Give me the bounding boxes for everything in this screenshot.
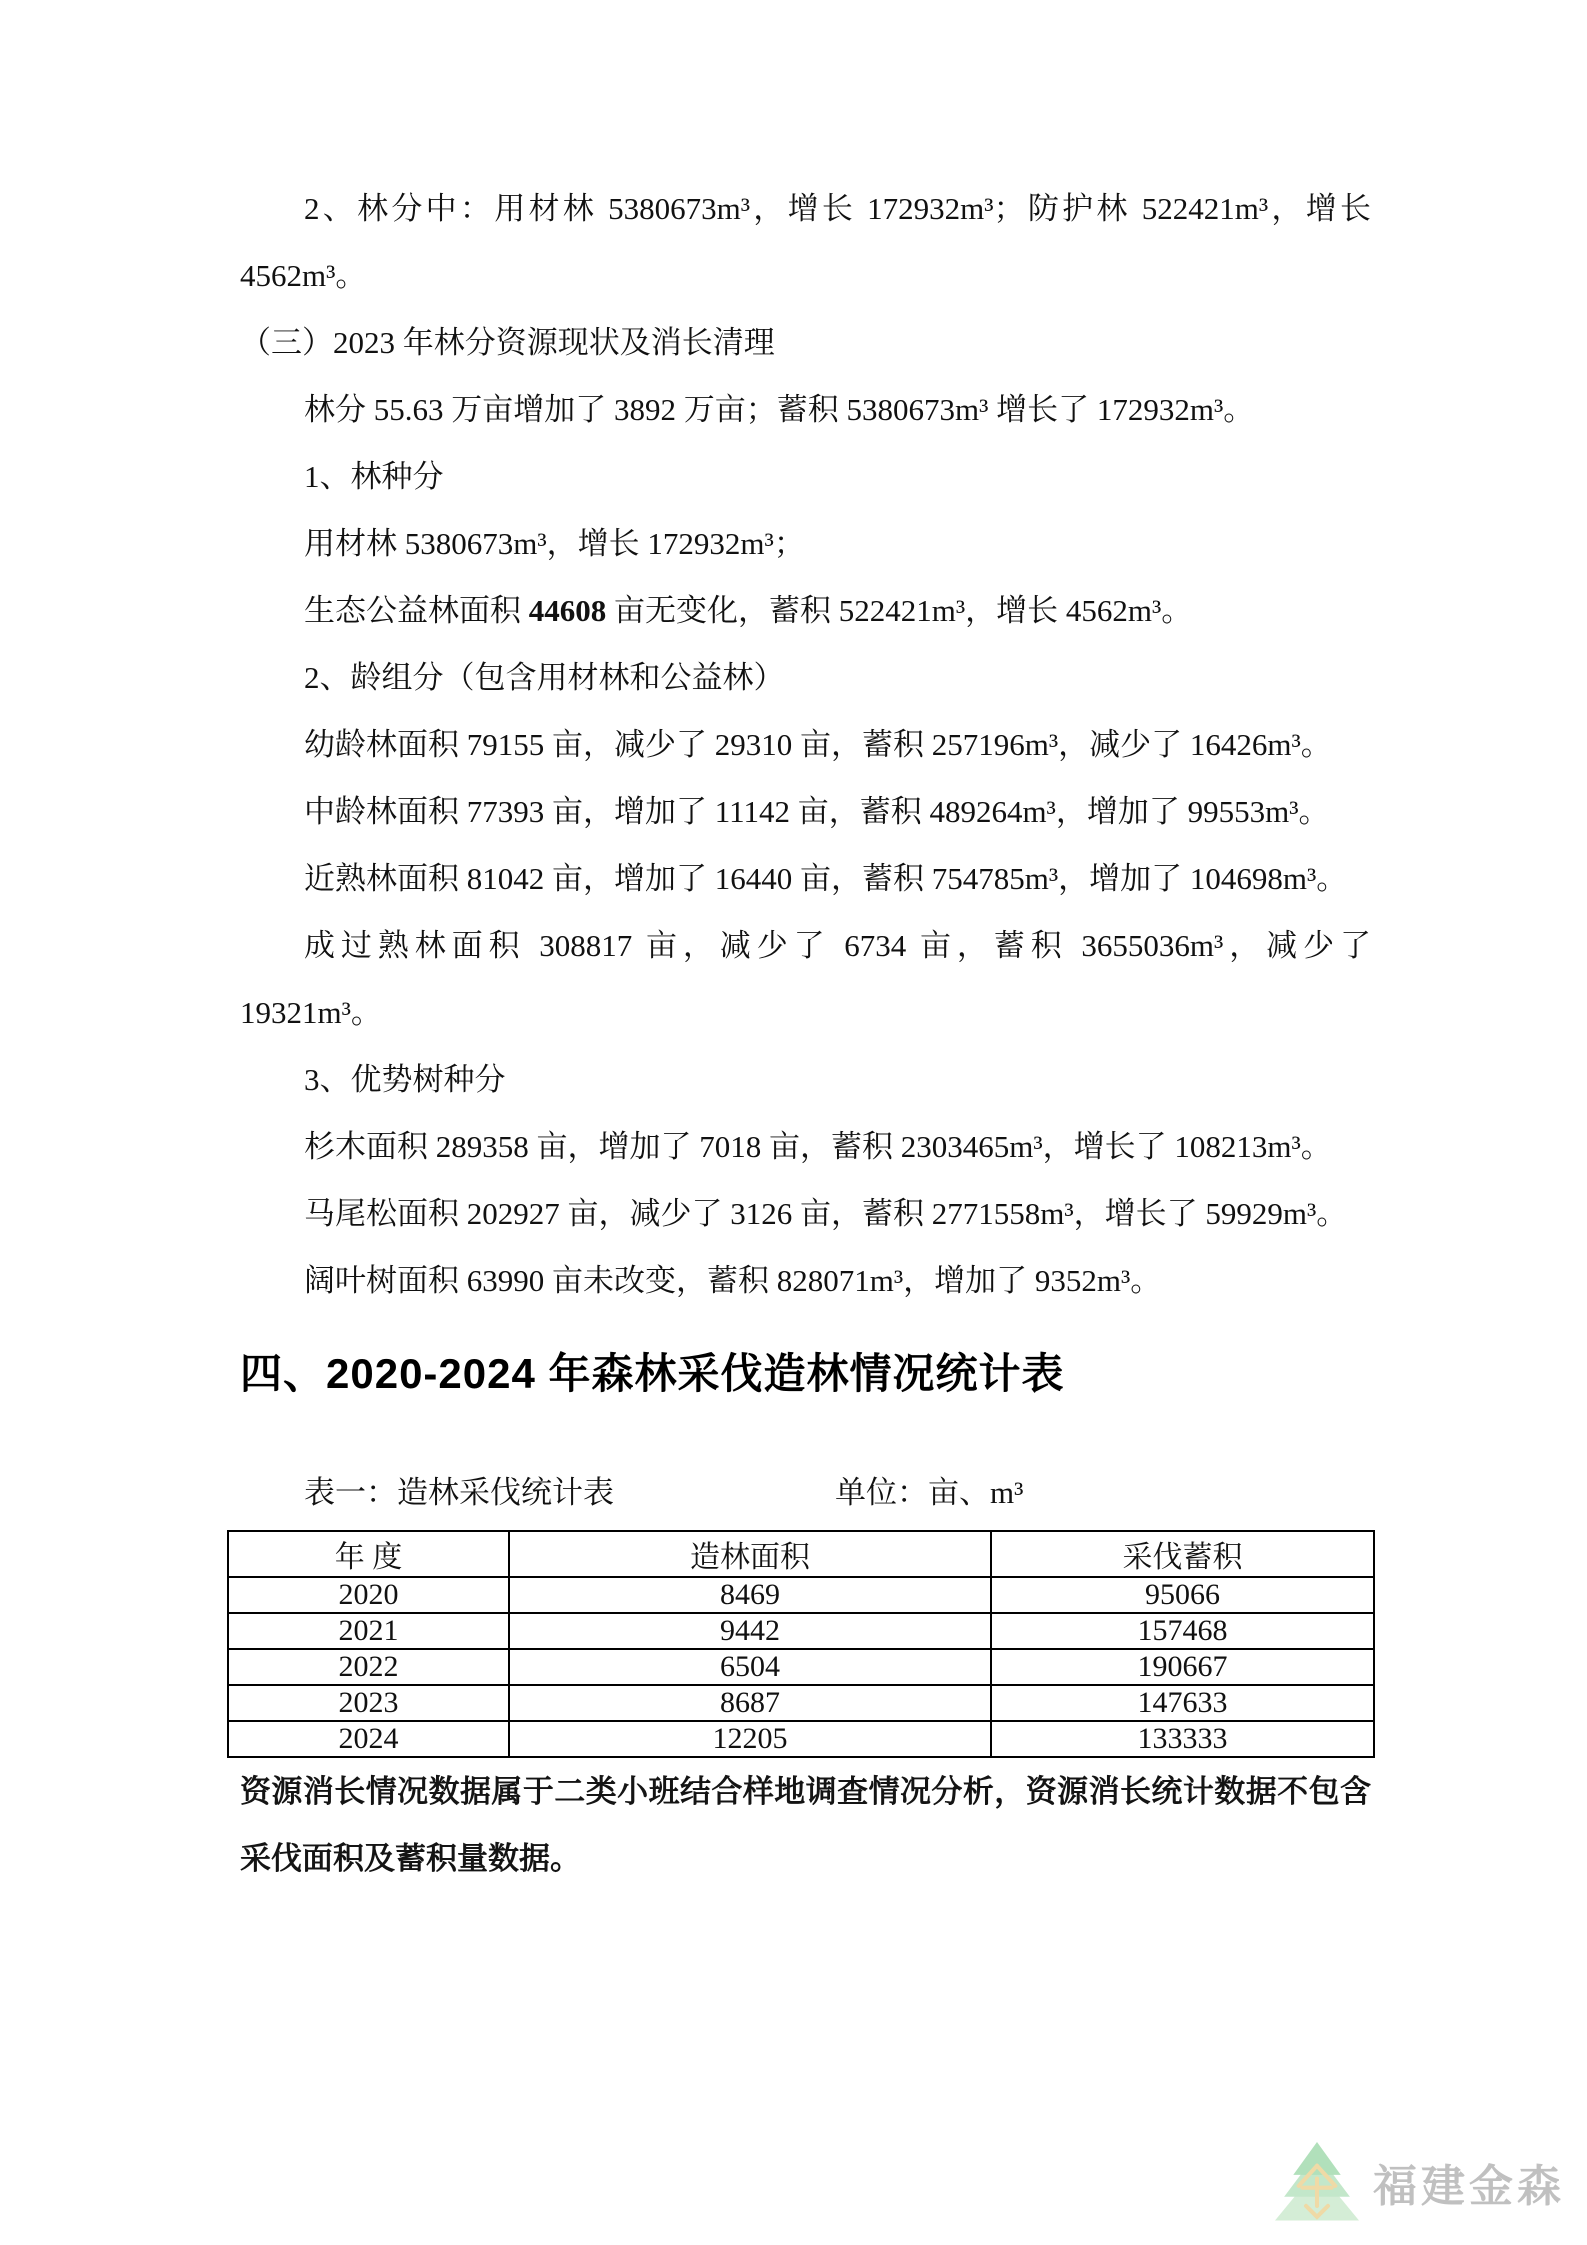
cell-area: 8687 (509, 1685, 991, 1721)
paragraph-chinese-fir: 杉木面积 289358 亩，增加了 7018 亩，蓄积 2303465m³，增长… (240, 1113, 1371, 1180)
paragraph-mature-forest: 成过熟林面积 308817 亩，减少了 6734 亩，蓄积 3655036m³，… (240, 912, 1371, 1046)
paragraph-timber-forest: 用材林 5380673m³，增长 172932m³； (240, 510, 1371, 577)
document-page: 2、林分中：用材林 5380673m³，增长 172932m³；防护林 5224… (0, 0, 1587, 2245)
gongyi-prefix: 生态公益林面积 (304, 593, 529, 628)
table-unit-label: 单位：亩、m³ (835, 1472, 1023, 1514)
table-row: 2023 8687 147633 (228, 1685, 1374, 1721)
cell-year: 2020 (228, 1577, 509, 1613)
subheading-forest-category: 1、林种分 (240, 443, 1371, 510)
footnote-data-source: 资源消长情况数据属于二类小班结合样地调查情况分析，资源消长统计数据不包含采伐面积… (240, 1758, 1371, 1892)
header-year: 年 度 (228, 1531, 509, 1577)
header-afforestation-area: 造林面积 (509, 1531, 991, 1577)
company-watermark: 福建金森 (1271, 2142, 1565, 2231)
cell-area: 8469 (509, 1577, 991, 1613)
cell-year: 2021 (228, 1613, 509, 1649)
table-row: 2021 9442 157468 (228, 1613, 1374, 1649)
cell-area: 9442 (509, 1613, 991, 1649)
cell-volume: 190667 (991, 1649, 1374, 1685)
document-content: 2、林分中：用材林 5380673m³，增长 172932m³；防护林 5224… (240, 175, 1371, 1892)
cell-volume: 95066 (991, 1577, 1374, 1613)
paragraph-public-welfare-forest: 生态公益林面积 44608 亩无变化，蓄积 522421m³，增长 4562m³… (240, 577, 1371, 644)
company-name-label: 福建金森 (1373, 2165, 1565, 2209)
afforestation-harvest-table: 年 度 造林面积 采伐蓄积 2020 8469 95066 2021 9442 … (227, 1530, 1375, 1758)
tree-logo-icon (1271, 2142, 1363, 2231)
paragraph-stand-summary: 林分 55.63 万亩增加了 3892 万亩；蓄积 5380673m³ 增长了 … (240, 376, 1371, 443)
table-header-row: 年 度 造林面积 采伐蓄积 (228, 1531, 1374, 1577)
paragraph-young-forest: 幼龄林面积 79155 亩，减少了 29310 亩，蓄积 257196m³，减少… (240, 711, 1371, 778)
paragraph-masson-pine: 马尾松面积 202927 亩，减少了 3126 亩，蓄积 2771558m³，增… (240, 1180, 1371, 1247)
cell-volume: 147633 (991, 1685, 1374, 1721)
table-row: 2020 8469 95066 (228, 1577, 1374, 1613)
paragraph-broadleaf: 阔叶树面积 63990 亩未改变，蓄积 828071m³，增加了 9352m³。 (240, 1247, 1371, 1314)
table-caption-row: 表一：造林采伐统计表 单位：亩、m³ (240, 1472, 1371, 1514)
cell-area: 6504 (509, 1649, 991, 1685)
paragraph-stand-timber: 2、林分中：用材林 5380673m³，增长 172932m³；防护林 5224… (240, 175, 1371, 309)
heading-section-four: 四、2020-2024 年森林采伐造林情况统计表 (240, 1342, 1371, 1406)
paragraph-middle-age-forest: 中龄林面积 77393 亩，增加了 11142 亩，蓄积 489264m³，增加… (240, 778, 1371, 845)
table-row: 2024 12205 133333 (228, 1721, 1374, 1757)
gongyi-area-value: 44608 (529, 593, 607, 628)
heading-section-three: （三）2023 年林分资源现状及消长清理 (240, 309, 1371, 376)
cell-year: 2024 (228, 1721, 509, 1757)
paragraph-near-mature-forest: 近熟林面积 81042 亩，增加了 16440 亩，蓄积 754785m³，增加… (240, 845, 1371, 912)
cell-volume: 133333 (991, 1721, 1374, 1757)
subheading-age-group: 2、龄组分（包含用材林和公益林） (240, 644, 1371, 711)
cell-volume: 157468 (991, 1613, 1374, 1649)
cell-year: 2022 (228, 1649, 509, 1685)
gongyi-suffix: 亩无变化，蓄积 522421m³，增长 4562m³。 (606, 593, 1192, 628)
header-harvest-volume: 采伐蓄积 (991, 1531, 1374, 1577)
subheading-dominant-species: 3、优势树种分 (240, 1046, 1371, 1113)
table-row: 2022 6504 190667 (228, 1649, 1374, 1685)
cell-area: 12205 (509, 1721, 991, 1757)
table-caption: 表一：造林采伐统计表 (240, 1475, 614, 1510)
cell-year: 2023 (228, 1685, 509, 1721)
